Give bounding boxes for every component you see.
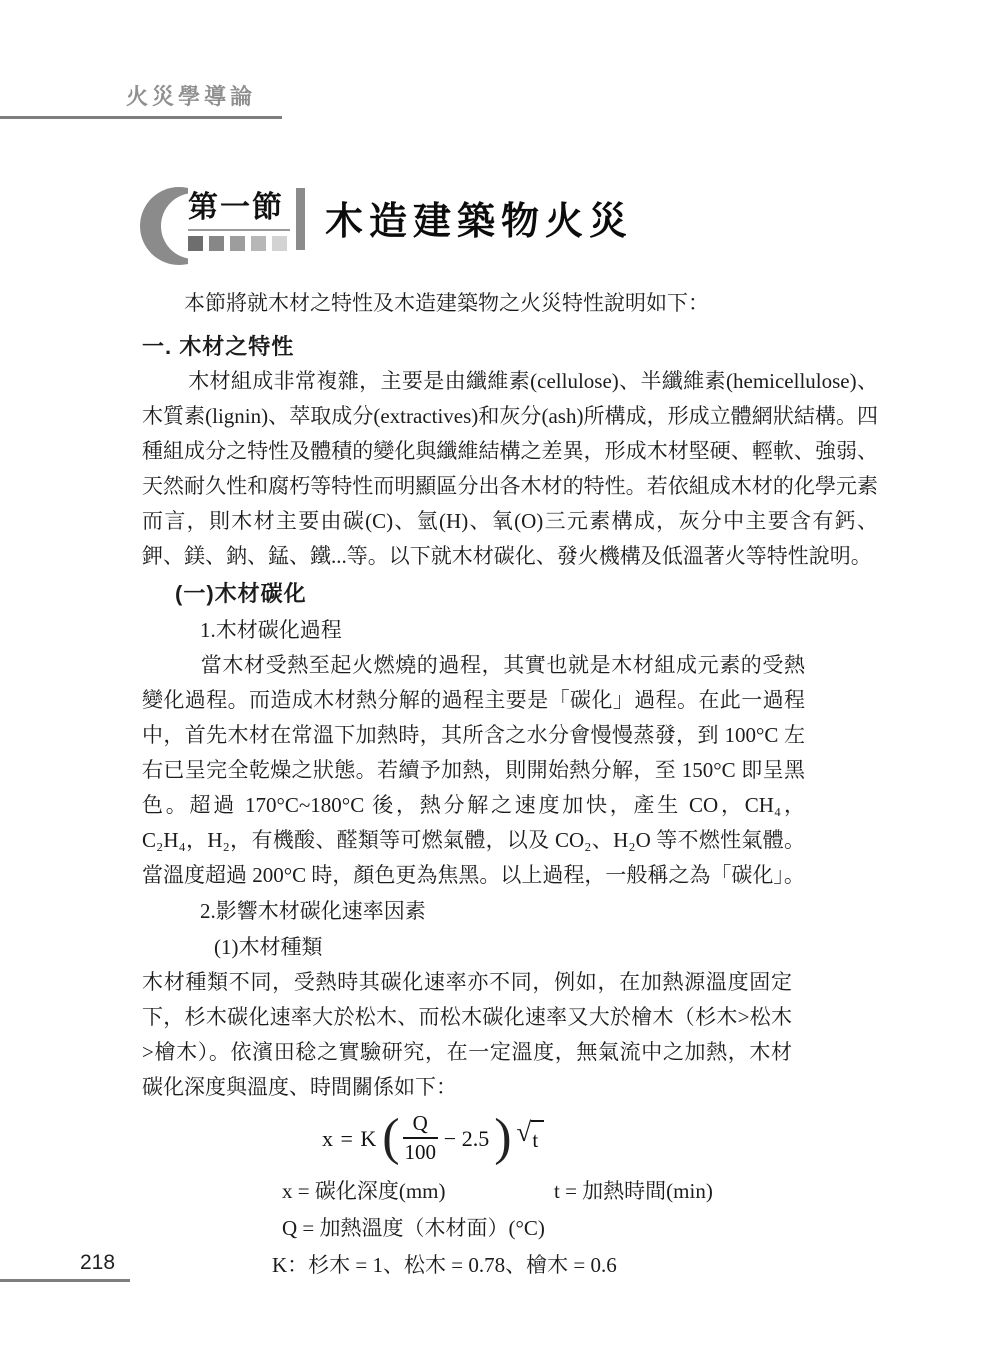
section-banner: 第一節 木造建築物火災 [140, 186, 633, 266]
section-square [209, 236, 224, 251]
section-square [188, 236, 203, 251]
heading-wood-carbonization: (一)木材碳化 [175, 576, 878, 612]
charring-depth-formula: x = K ( Q 100 − 2.5 ) √ t [322, 1111, 878, 1165]
footer-rule [0, 1279, 130, 1282]
crescent-moon-icon [140, 186, 188, 266]
formula-subtrahend: − 2.5 [444, 1121, 489, 1156]
section-title: 木造建築物火災 [325, 190, 633, 245]
formula-numerator: Q [403, 1111, 438, 1139]
subheading-carbonization-process: 1.木材碳化過程 [200, 612, 878, 648]
square-root-icon: √ t [517, 1118, 545, 1158]
section-label-underline [186, 229, 290, 231]
definition-q: Q = 加熱溫度（木材面）(°C) [282, 1210, 878, 1247]
paragraph-wood-species: 木材種類不同，受熱時其碳化速率亦不同，例如，在加熱源溫度固定下，杉木碳化速率大於… [142, 965, 792, 1105]
section-squares [188, 236, 290, 251]
section-square [272, 236, 287, 251]
intro-paragraph: 本節將就木材之特性及木造建築物之火災特性說明如下： [142, 286, 878, 321]
subheading-wood-species: (1)木材種類 [214, 929, 878, 965]
section-square [251, 236, 266, 251]
definition-x: x = 碳化深度(mm) [282, 1173, 554, 1210]
book-page: 火災學導論 第一節 木造建築物火災 本節將就木材之特性及木造建築物之火災特性說明… [0, 0, 1000, 1353]
section-square [230, 236, 245, 251]
formula-close-paren: ) [494, 1115, 511, 1162]
paragraph-wood-composition: 木材組成非常複雜，主要是由纖維素(cellulose)、半纖維素(hemicel… [142, 364, 878, 574]
page-header: 火災學導論 [0, 80, 1000, 119]
formula-open-paren: ( [382, 1115, 399, 1162]
formula-fraction: Q 100 [403, 1111, 438, 1165]
definition-t: t = 加熱時間(min) [554, 1173, 713, 1210]
header-rule [0, 116, 282, 119]
heading-wood-properties: 一. 木材之特性 [142, 329, 878, 364]
formula-radicand: t [531, 1120, 544, 1158]
page-content: 本節將就木材之特性及木造建築物之火災特性說明如下： 一. 木材之特性 木材組成非… [142, 286, 878, 1284]
formula-radical-sign: √ [517, 1119, 532, 1146]
page-footer: 218 [0, 1251, 1000, 1282]
paragraph-carbonization-process: 當木材受熱至起火燃燒的過程，其實也就是木材組成元素的受熱變化過程。而造成木材熱分… [142, 648, 805, 893]
subheading-carbonization-rate-factors: 2.影響木材碳化速率因素 [200, 893, 878, 929]
formula-denominator: 100 [404, 1139, 436, 1165]
section-divider-bar [296, 188, 305, 250]
formula-lhs: x = K [322, 1121, 377, 1156]
section-label-box: 第一節 [182, 186, 290, 251]
book-title: 火災學導論 [126, 80, 1000, 111]
page-number: 218 [80, 1251, 1000, 1275]
definition-row: x = 碳化深度(mm) t = 加熱時間(min) [282, 1173, 878, 1210]
section-label: 第一節 [182, 186, 290, 229]
